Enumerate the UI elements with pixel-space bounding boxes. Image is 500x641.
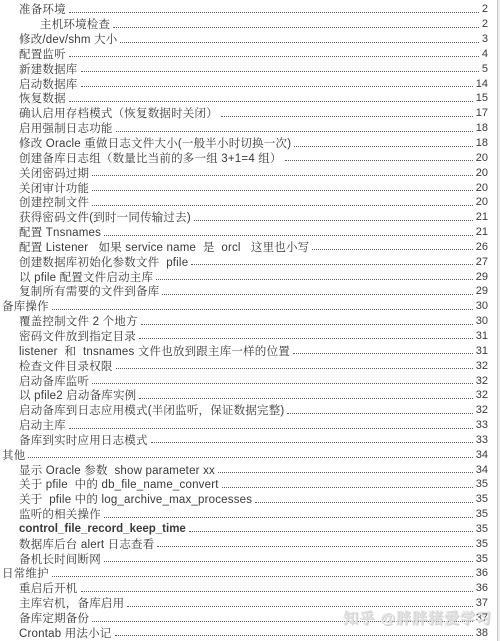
toc-page-number: 2 (482, 18, 494, 30)
toc-page-number: 33 (476, 419, 494, 431)
toc-page-number: 14 (476, 78, 494, 90)
toc-leader-dots (194, 220, 473, 221)
toc-page-number: 30 (476, 300, 494, 312)
toc-entry-title: 主机环境检查 (40, 16, 110, 32)
toc-entry[interactable]: 显示 Oracle 参数 show parameter xx 34 (0, 462, 494, 477)
toc-leader-dots (287, 413, 472, 414)
toc-entry[interactable]: 确认启用存档模式（恢复数据时关闭） 17 (0, 106, 494, 121)
toc-entry-title: 备库操作 (2, 298, 49, 314)
toc-entry[interactable]: 数据库后台 alert 日志查看 35 (0, 536, 494, 551)
toc-page-number: 20 (476, 182, 494, 194)
toc-entry[interactable]: 新建数据库 5 (0, 61, 494, 76)
toc-page-number: 17 (476, 107, 494, 119)
toc-list: 准备环境 2 主机环境检查 2 修改/dev/shm 大小 3 配置监听 4 新… (0, 2, 494, 640)
toc-leader-dots (221, 116, 473, 117)
toc-leader-dots (285, 160, 473, 161)
toc-leader-dots (293, 353, 473, 354)
toc-entry-title: 以 pfile 配置文件启动主库 (19, 269, 153, 285)
toc-entry-title: 新建数据库 (19, 61, 78, 77)
toc-entry[interactable]: 启动备库监听 32 (0, 373, 494, 388)
toc-entry-title: 检查文件目录权限 (19, 358, 113, 374)
toc-page-number: 35 (476, 553, 494, 565)
toc-page-number: 37 (476, 597, 494, 609)
toc-entry-title: 监听的相关操作 (19, 506, 101, 522)
toc-leader-dots (294, 146, 473, 147)
toc-entry-title: 关闭审计功能 (19, 180, 89, 196)
toc-entry[interactable]: 备库定期备份 37 (0, 611, 494, 626)
toc-page-number: 34 (476, 449, 494, 461)
document-page: 准备环境 2 主机环境检查 2 修改/dev/shm 大小 3 配置监听 4 新… (0, 0, 500, 641)
toc-entry[interactable]: 备机长时间断网 35 (0, 551, 494, 566)
toc-entry[interactable]: 创建控制文件 20 (0, 195, 494, 210)
toc-leader-dots (189, 531, 473, 532)
toc-leader-dots (115, 635, 473, 636)
toc-page-number: 35 (476, 538, 494, 550)
toc-entry-title: 创建数据库初始化参数文件 pfile (19, 254, 188, 270)
toc-leader-dots (104, 561, 473, 562)
toc-entry-title: 准备环境 (19, 1, 66, 17)
toc-leader-dots (139, 338, 473, 339)
toc-page-number: 33 (476, 434, 494, 446)
toc-page-number: 27 (476, 256, 494, 268)
toc-entry[interactable]: 重启后开机 36 (0, 581, 494, 596)
toc-entry[interactable]: 备库到实时应用日志模式 33 (0, 432, 494, 447)
toc-leader-dots (92, 383, 473, 384)
toc-page-number: 5 (482, 63, 494, 75)
toc-entry[interactable]: 备库操作 30 (0, 299, 494, 314)
toc-entry[interactable]: 监听的相关操作 35 (0, 507, 494, 522)
toc-leader-dots (116, 368, 473, 369)
toc-leader-dots (191, 264, 472, 265)
toc-entry[interactable]: control_file_record_keep_time 35 (0, 522, 494, 537)
toc-page-number: 31 (476, 330, 494, 342)
toc-entry-title: 配置 Listener 如果 service name 是 orcl 这里也小写 (19, 239, 309, 255)
toc-page-number: 32 (476, 360, 494, 372)
toc-entry-title: 修改 Oracle 重做日志文件大小(一般半小时切换一次) (19, 135, 291, 151)
toc-leader-dots (151, 442, 473, 443)
toc-entry-title: Crontab 用法小记 (19, 625, 112, 641)
toc-page-number: 21 (476, 211, 494, 223)
toc-entry-title: 日常维护 (2, 565, 49, 581)
toc-page-number: 29 (476, 285, 494, 297)
toc-page-number: 35 (476, 478, 494, 490)
toc-page-number: 2 (482, 3, 494, 15)
toc-leader-dots (52, 576, 473, 577)
toc-entry-title: 备库定期备份 (19, 610, 89, 626)
toc-leader-dots (92, 621, 473, 622)
toc-page-number: 37 (476, 612, 494, 624)
toc-leader-dots (69, 56, 479, 57)
toc-leader-dots (218, 472, 473, 473)
toc-page-number: 20 (476, 196, 494, 208)
toc-entry-title: 备库到实时应用日志模式 (19, 432, 148, 448)
toc-entry-title: 启动主库 (19, 417, 66, 433)
toc-entry-title: 数据库后台 alert 日志查看 (19, 536, 154, 552)
toc-entry-title: 关闭密码过期 (19, 165, 89, 181)
toc-entry-title: 获得密码文件(到时一同传输过去) (19, 209, 191, 225)
toc-entry-title: 配置 Tnsnames (19, 224, 101, 240)
toc-leader-dots (92, 205, 473, 206)
toc-entry[interactable]: 主库宕机，备库启用 37 (0, 596, 494, 611)
toc-entry-title: 备机长时间断网 (19, 551, 101, 567)
toc-entry-title: 创建控制文件 (19, 194, 89, 210)
toc-page-number: 35 (476, 508, 494, 520)
toc-leader-dots (312, 249, 472, 250)
toc-leader-dots (162, 294, 472, 295)
toc-entry[interactable]: 启用强制日志功能 18 (0, 121, 494, 136)
toc-page-number: 29 (476, 271, 494, 283)
toc-leader-dots (81, 71, 479, 72)
toc-page-number: 32 (476, 375, 494, 387)
toc-entry[interactable]: 密码文件放到指定目录 31 (0, 329, 494, 344)
toc-leader-dots (104, 517, 473, 518)
toc-entry[interactable]: 日常维护 36 (0, 566, 494, 581)
toc-leader-dots (52, 309, 473, 310)
toc-page-number: 3 (482, 33, 494, 45)
toc-entry[interactable]: 配置监听 4 (0, 47, 494, 62)
toc-entry-title: 关于 pfile 中的 log_archive_max_processes (19, 491, 252, 507)
toc-entry[interactable]: 启动主库 33 (0, 418, 494, 433)
toc-entry-title: 其他 (2, 447, 25, 463)
toc-entry-title: control_file_record_keep_time (19, 523, 186, 535)
toc-entry-title: 重启后开机 (19, 580, 78, 596)
toc-entry-title: 显示 Oracle 参数 show parameter xx (19, 462, 215, 478)
toc-page-number: 34 (476, 464, 494, 476)
toc-entry-title: 主库宕机，备库启用 (19, 595, 124, 611)
toc-leader-dots (92, 190, 473, 191)
toc-page-number: 4 (482, 48, 494, 60)
toc-leader-dots (127, 606, 472, 607)
toc-page-number: 21 (476, 226, 494, 238)
toc-entry-title: 以 pfile2 启动备库实例 (19, 387, 136, 403)
toc-leader-dots (141, 324, 473, 325)
toc-page-number: 15 (476, 92, 494, 104)
toc-leader-dots (116, 131, 473, 132)
toc-entry[interactable]: 覆盖控制文件 2 个地方 30 (0, 314, 494, 329)
toc-entry-title: 启动备库到日志应用模式(半闭监听，保证数据完整) (19, 402, 284, 418)
page-edge-line (497, 0, 498, 641)
toc-entry-title: 创建备库日志组（数量比当前的多一组 3+1=4 组） (19, 150, 282, 166)
toc-page-number: 35 (476, 523, 494, 535)
toc-page-number: 18 (476, 122, 494, 134)
toc-entry-title: 启用强制日志功能 (19, 120, 113, 136)
toc-leader-dots (81, 591, 473, 592)
toc-entry[interactable]: 恢复数据 15 (0, 91, 494, 106)
toc-leader-dots (104, 235, 473, 236)
toc-entry[interactable]: 复制所有需要的文件到备库 29 (0, 284, 494, 299)
toc-entry[interactable]: 关闭审计功能 20 (0, 180, 494, 195)
toc-leader-dots (120, 42, 478, 43)
toc-entry[interactable]: Crontab 用法小记 38 (0, 625, 494, 640)
toc-page-number: 20 (476, 167, 494, 179)
toc-entry[interactable]: 准备环境 2 (0, 2, 494, 17)
toc-page-number: 30 (476, 315, 494, 327)
toc-entry-title: 覆盖控制文件 2 个地方 (19, 313, 138, 329)
toc-entry-title: 关于 pfile 中的 db_file_name_convert (19, 476, 219, 492)
toc-entry[interactable]: 修改 Oracle 重做日志文件大小(一般半小时切换一次) 18 (0, 136, 494, 151)
toc-page-number: 26 (476, 241, 494, 253)
toc-entry-title: 确认启用存档模式（恢复数据时关闭） (19, 105, 218, 121)
toc-entry-title: 复制所有需要的文件到备库 (19, 283, 159, 299)
toc-entry-title: 修改/dev/shm 大小 (19, 31, 117, 47)
toc-entry-title: 启动备库监听 (19, 373, 89, 389)
toc-entry[interactable]: 其他 34 (0, 447, 494, 462)
toc-leader-dots (69, 428, 473, 429)
toc-entry-title: listener 和 tnsnames 文件也放到跟主库一样的位置 (19, 343, 290, 359)
toc-entry[interactable]: 关于 pfile 中的 log_archive_max_processes 35 (0, 492, 494, 507)
toc-leader-dots (28, 457, 472, 458)
toc-entry[interactable]: 配置 Tnsnames 21 (0, 225, 494, 240)
toc-entry[interactable]: 启动备库到日志应用模式(半闭监听，保证数据完整) 32 (0, 403, 494, 418)
toc-page-number: 31 (476, 345, 494, 357)
toc-entry[interactable]: 获得密码文件(到时一同传输过去) 21 (0, 210, 494, 225)
toc-page-number: 32 (476, 404, 494, 416)
toc-entry-title: 配置监听 (19, 46, 66, 62)
toc-leader-dots (157, 546, 472, 547)
toc-leader-dots (113, 27, 479, 28)
toc-entry[interactable]: listener 和 tnsnames 文件也放到跟主库一样的位置 31 (0, 343, 494, 358)
toc-page-number: 20 (476, 152, 494, 164)
toc-entry[interactable]: 创建数据库初始化参数文件 pfile 27 (0, 254, 494, 269)
toc-leader-dots (81, 86, 473, 87)
toc-page-number: 36 (476, 582, 494, 594)
toc-page-number: 38 (476, 627, 494, 639)
toc-page-number: 35 (476, 493, 494, 505)
toc-entry-title: 密码文件放到指定目录 (19, 328, 136, 344)
toc-entry[interactable]: 启动数据库 14 (0, 76, 494, 91)
toc-leader-dots (139, 398, 472, 399)
toc-entry[interactable]: 以 pfile2 启动备库实例 32 (0, 388, 494, 403)
toc-leader-dots (156, 279, 473, 280)
toc-leader-dots (69, 12, 479, 13)
toc-entry[interactable]: 创建备库日志组（数量比当前的多一组 3+1=4 组） 20 (0, 150, 494, 165)
toc-entry[interactable]: 以 pfile 配置文件启动主库 29 (0, 269, 494, 284)
toc-entry[interactable]: 检查文件目录权限 32 (0, 358, 494, 373)
toc-entry[interactable]: 主机环境检查 2 (0, 17, 494, 32)
toc-entry[interactable]: 关于 pfile 中的 db_file_name_convert 35 (0, 477, 494, 492)
toc-leader-dots (222, 487, 473, 488)
toc-entry-title: 启动数据库 (19, 76, 78, 92)
toc-entry[interactable]: 配置 Listener 如果 service name 是 orcl 这里也小写… (0, 240, 494, 255)
toc-page-number: 36 (476, 567, 494, 579)
toc-leader-dots (69, 101, 473, 102)
toc-entry[interactable]: 关闭密码过期 20 (0, 165, 494, 180)
toc-leader-dots (255, 502, 473, 503)
toc-entry[interactable]: 修改/dev/shm 大小 3 (0, 32, 494, 47)
toc-page-number: 18 (476, 137, 494, 149)
toc-page-number: 32 (476, 389, 494, 401)
toc-entry-title: 恢复数据 (19, 90, 66, 106)
toc-leader-dots (92, 175, 473, 176)
